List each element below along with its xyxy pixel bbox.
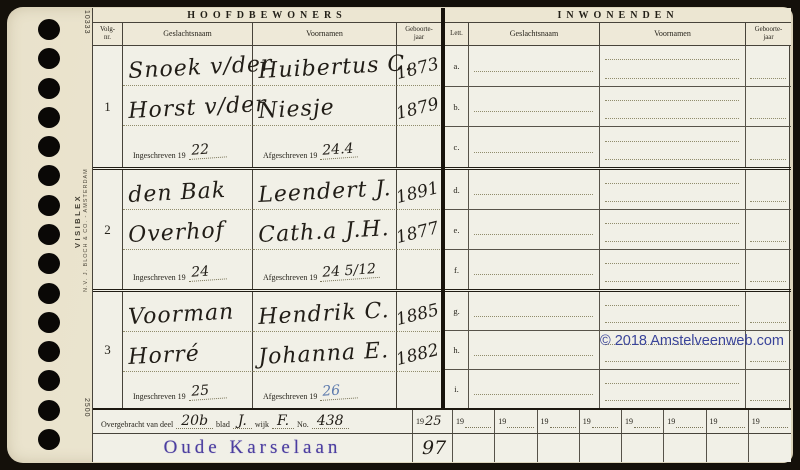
punch-hole (38, 48, 60, 69)
given-handwriting: Hendrik C. (258, 298, 391, 330)
lodger-letter: c. (445, 127, 469, 167)
year-handwriting: 1885 (394, 300, 441, 330)
col-header-voornamen: Voornamen (600, 23, 746, 45)
lodger-year-cell (746, 210, 791, 249)
dotted-line (550, 415, 576, 429)
col-header-volgnr-line1: Volg- (100, 26, 115, 34)
afgeschreven-year-blue-pencil: 26 (319, 381, 358, 401)
year-cell: 1879 (397, 86, 442, 126)
lodger-given-cell (600, 210, 746, 249)
punch-hole (38, 400, 60, 421)
col-header-geboortejaar-line2: jaar (414, 34, 424, 42)
ingeschreven-label: Ingeschreven 19 (133, 273, 186, 282)
lodger-letter: h. (445, 331, 469, 369)
lodger-row: b. (445, 87, 791, 128)
lodger-year-cell (746, 250, 791, 289)
scanned-register-card: 10333 VISIBLEX N.V. J. BLOCH & CO. - AMS… (0, 0, 800, 470)
year-cell-empty: 19 (622, 410, 664, 433)
year-cell: 1882 (397, 332, 442, 372)
wijk-value: F. (272, 414, 294, 429)
ingeschreven-year: 24 (187, 262, 226, 282)
blad-label: blad (216, 420, 230, 429)
lodger-year-cell (746, 127, 791, 167)
lodger-row: e. (445, 210, 791, 250)
dotted-line (592, 415, 618, 429)
punch-hole (38, 107, 60, 128)
given-handwriting: Huibertus C. (258, 51, 413, 84)
lodger-surname-cell (469, 87, 600, 127)
ingeschreven-label: Ingeschreven 19 (133, 151, 186, 160)
hoofdbewoners-block-2: 2 den Bak Leendert J. 1891 Overhof Cath.… (93, 170, 441, 289)
afgeschreven-cell: Afgeschreven 19 24 5/12 (253, 250, 397, 289)
lodger-letter: e. (445, 210, 469, 249)
lodger-year-cell (746, 370, 791, 408)
lodger-letter: b. (445, 87, 469, 127)
register-table: HOOFDBEWONERS INWONENDEN Volg- nr. Gesla… (92, 8, 790, 462)
page-number-cell: 97 (413, 434, 453, 462)
col-header-geboortejaar-line1: Geboorte- (755, 26, 783, 34)
year-cell-empty: 19 (664, 410, 706, 433)
year-cell-empty: 19 (580, 410, 622, 433)
inwonenden-block-2: d. e. f. (445, 170, 791, 289)
col-header-geslachtsnaam: Geslachtsnaam (469, 23, 600, 45)
street-name-stamp: Oude Karselaan (164, 437, 342, 459)
empty-cell (622, 434, 664, 462)
given-cell: Johanna E. (253, 332, 397, 372)
col-header-lett: Lett. (445, 23, 469, 45)
punch-hole (38, 19, 60, 40)
empty-cell (453, 434, 495, 462)
surname-handwriting: Voorman (128, 299, 235, 330)
inwonenden-block-3: g. h. i. (445, 292, 791, 408)
afgeschreven-label: Afgeschreven 19 (263, 151, 317, 160)
empty-cell (397, 126, 442, 167)
section-title-inwonenden: INWONENDEN (445, 8, 791, 23)
punch-hole (38, 429, 60, 450)
dotted-line (761, 415, 788, 429)
given-cell: Huibertus C. (253, 46, 397, 86)
punch-holes (38, 19, 60, 450)
dotted-line (676, 415, 702, 429)
dotted-line (634, 415, 660, 429)
section-divider-rule (441, 8, 445, 408)
punch-hole (38, 224, 60, 245)
given-handwriting: Johanna E. (258, 338, 390, 370)
year-prefix: 19 (416, 417, 424, 426)
lodger-given-cell (600, 370, 746, 408)
afgeschreven-year: 24 5/12 (319, 261, 380, 282)
punch-hole (38, 195, 60, 216)
surname-cell: Snoek v/der (123, 46, 253, 86)
ingeschreven-year: 22 (187, 140, 226, 160)
edge-brand-maker: N.V. J. BLOCH & CO. - AMSTERDAM (83, 168, 89, 292)
empty-cell (664, 434, 706, 462)
edge-stock-number-top: 10333 (83, 10, 90, 34)
afgeschreven-cell: Afgeschreven 19 26 (253, 372, 397, 408)
lodger-year-cell (746, 292, 791, 330)
punch-hole (38, 136, 60, 157)
surname-cell: Horré (123, 332, 253, 372)
empty-cell (397, 250, 442, 289)
inwonenden-column-headers: Lett. Geslachtsnaam Voornamen Geboorte- … (445, 23, 791, 46)
punch-hole (38, 370, 60, 391)
lodger-given-cell (600, 46, 746, 86)
lodger-year-cell (746, 46, 791, 86)
surname-handwriting: Overhof (128, 218, 226, 248)
col-header-voornamen: Voornamen (253, 23, 397, 45)
year-cell-empty: 19 (707, 410, 749, 433)
volgnr: 3 (93, 292, 123, 408)
hoofdbewoners-block-1: 1 Snoek v/der Huibertus C. 1873 Horst v/… (93, 46, 441, 167)
empty-cell (397, 372, 442, 408)
year-cell-filled: 19 25 (413, 410, 453, 433)
ingeschreven-label: Ingeschreven 19 (133, 392, 186, 401)
surname-handwriting: Horré (128, 341, 201, 370)
col-header-volgnr-line2: nr. (104, 34, 111, 42)
blad-value: J. (233, 414, 252, 429)
given-handwriting: Cath.a J.H. (258, 216, 390, 248)
hoofdbewoners-column-headers: Volg- nr. Geslachtsnaam Voornamen Geboor… (93, 23, 441, 46)
transfer-cell: Overgebracht van deel 20b blad J. wijk F… (93, 410, 413, 433)
dotted-line (465, 415, 491, 429)
lodger-letter: a. (445, 46, 469, 86)
lodger-row: f. (445, 250, 791, 289)
col-header-geboortejaar: Geboorte- jaar (397, 23, 441, 45)
inwonenden-block-1: a. b. c. (445, 46, 791, 167)
surname-cell: Voorman (123, 292, 253, 332)
year-cell-empty: 19 (453, 410, 495, 433)
punch-hole (38, 312, 60, 333)
lodger-letter: d. (445, 170, 469, 209)
lodger-given-cell (600, 250, 746, 289)
year-prefix: 19 (710, 417, 718, 426)
lodger-row: a. (445, 46, 791, 87)
street-row: Oude Karselaan 97 (93, 433, 791, 462)
dotted-line (719, 415, 745, 429)
lodger-surname-cell (469, 210, 600, 249)
afgeschreven-label: Afgeschreven 19 (263, 273, 317, 282)
hoofdbewoners-block-3: 3 Voorman Hendrik C. 1885 Horré Johanna … (93, 292, 441, 408)
transfer-label: Overgebracht van deel (101, 420, 173, 429)
lodger-row: g. (445, 292, 791, 331)
col-header-geboortejaar-line1: Geboorte- (405, 26, 433, 34)
given-handwriting: Niesje (258, 95, 336, 124)
lodger-surname-cell (469, 331, 600, 369)
surname-cell: Overhof (123, 210, 253, 250)
lodger-row: d. (445, 170, 791, 210)
lodger-surname-cell (469, 46, 600, 86)
given-cell: Leendert J. (253, 170, 397, 210)
punch-hole (38, 253, 60, 274)
given-cell: Niesje (253, 86, 397, 126)
punch-hole (38, 78, 60, 99)
year-cell: 1891 (397, 170, 442, 210)
lodger-row: c. (445, 127, 791, 167)
empty-cell (749, 434, 791, 462)
transfer-deel-value: 20b (176, 414, 213, 429)
lodger-letter: i. (445, 370, 469, 408)
given-handwriting: Leendert J. (258, 176, 393, 208)
lodger-surname-cell (469, 170, 600, 209)
lodger-surname-cell (469, 250, 600, 289)
surname-cell: Horst v/der (123, 86, 253, 126)
ingeschreven-cell: Ingeschreven 19 24 (123, 250, 253, 289)
col-header-geslachtsnaam: Geslachtsnaam (123, 23, 253, 45)
year-handwriting: 1882 (394, 340, 441, 370)
year-handwriting: 1891 (394, 178, 441, 208)
ingeschreven-cell: Ingeschreven 19 25 (123, 372, 253, 408)
year-cell-empty: 19 (749, 410, 791, 433)
volgnr: 2 (93, 170, 123, 289)
year-prefix: 19 (752, 417, 760, 426)
year-prefix: 19 (583, 417, 591, 426)
col-header-geboortejaar: Geboorte- jaar (746, 23, 791, 45)
edge-brand-name: VISIBLEX (73, 194, 82, 248)
year-cell: 1877 (397, 210, 442, 250)
lodger-given-cell (600, 127, 746, 167)
col-header-volgnr: Volg- nr. (93, 23, 123, 45)
volgnr: 1 (93, 46, 123, 167)
year-cell: 1885 (397, 292, 442, 332)
afgeschreven-cell: Afgeschreven 19 24.4 (253, 126, 397, 167)
street-stamp-cell: Oude Karselaan (93, 434, 413, 462)
edge-stock-number-bottom: 2500 (83, 398, 90, 418)
empty-cell (495, 434, 537, 462)
lodger-row: i. (445, 370, 791, 408)
afgeschreven-year: 24.4 (319, 140, 358, 160)
lodger-surname-cell (469, 292, 600, 330)
copyright-watermark: © 2018 Amstelveenweb.com (600, 333, 784, 349)
year-cell-empty: 19 (495, 410, 537, 433)
surname-handwriting: den Bak (128, 178, 227, 208)
lodger-surname-cell (469, 127, 600, 167)
empty-cell (538, 434, 580, 462)
given-cell: Hendrik C. (253, 292, 397, 332)
surname-cell: den Bak (123, 170, 253, 210)
lodger-letter: f. (445, 250, 469, 289)
year-value-handwriting: 25 (425, 414, 442, 429)
lodger-given-cell (600, 87, 746, 127)
lodger-surname-cell (469, 370, 600, 408)
dotted-line (507, 415, 533, 429)
wijk-label: wijk (255, 420, 269, 429)
no-label: No. (297, 420, 309, 429)
punch-hole (38, 341, 60, 362)
col-header-geboortejaar-line2: jaar (763, 34, 773, 42)
no-value: 438 (312, 414, 349, 429)
afgeschreven-label: Afgeschreven 19 (263, 392, 317, 401)
empty-cell (580, 434, 622, 462)
punch-hole (38, 283, 60, 304)
section-title-hoofdbewoners: HOOFDBEWONERS (93, 8, 441, 23)
year-prefix: 19 (456, 417, 464, 426)
surname-handwriting: Horst v/der (128, 92, 268, 124)
year-prefix: 19 (541, 417, 549, 426)
surname-handwriting: Snoek v/der (128, 51, 273, 84)
ingeschreven-cell: Ingeschreven 19 22 (123, 126, 253, 167)
year-handwriting: 1877 (394, 218, 441, 248)
year-prefix: 19 (498, 417, 506, 426)
year-handwriting: 1879 (394, 94, 441, 124)
empty-cell (707, 434, 749, 462)
lodger-given-cell (600, 170, 746, 209)
ingeschreven-year: 25 (187, 381, 226, 401)
year-cell-empty: 19 (538, 410, 580, 433)
lodger-given-cell (600, 292, 746, 330)
lodger-year-cell (746, 87, 791, 127)
given-cell: Cath.a J.H. (253, 210, 397, 250)
lodger-letter: g. (445, 292, 469, 330)
year-prefix: 19 (625, 417, 633, 426)
transfer-row: Overgebracht van deel 20b blad J. wijk F… (93, 408, 791, 433)
lodger-year-cell (746, 170, 791, 209)
page-number-handwriting: 97 (413, 437, 446, 459)
year-prefix: 19 (667, 417, 675, 426)
punch-hole (38, 165, 60, 186)
